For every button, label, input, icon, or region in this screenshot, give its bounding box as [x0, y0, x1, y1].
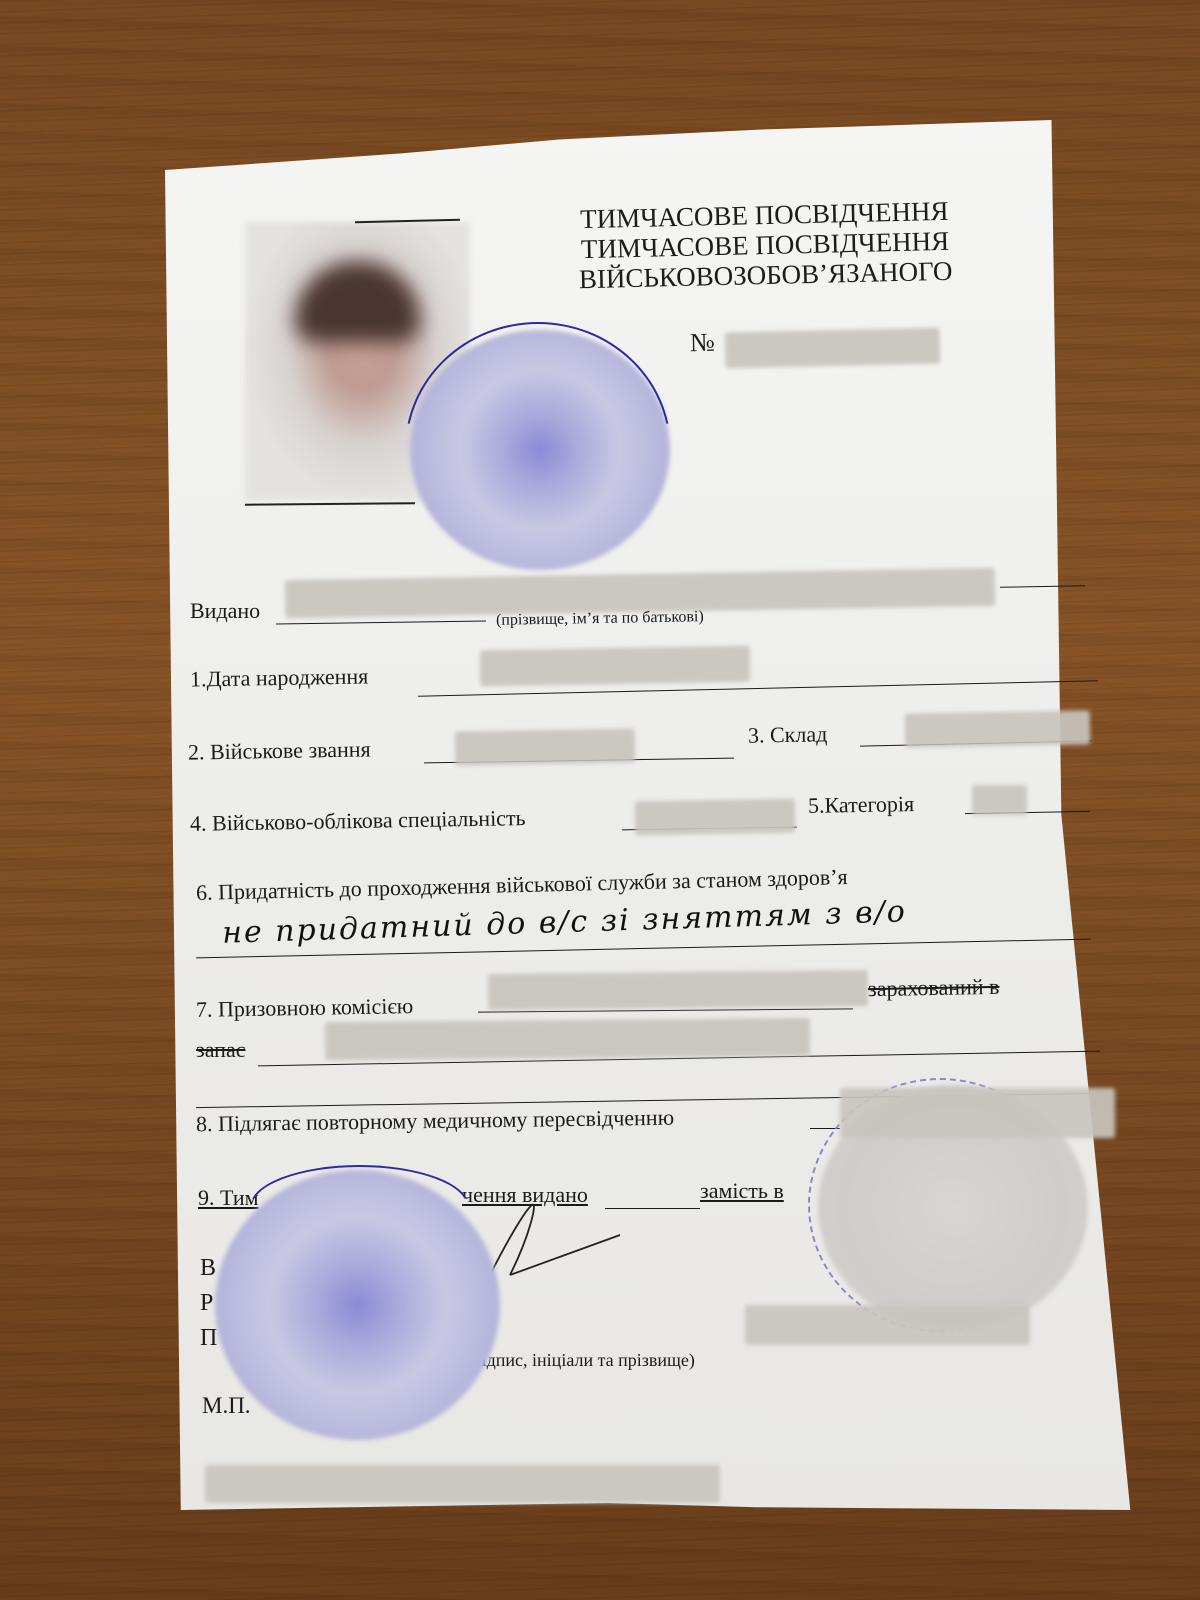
category-label: 5.Категорія: [808, 791, 915, 819]
composition-redacted: [905, 710, 1091, 747]
birth-date-redacted: [480, 646, 751, 687]
birth-date-label: 1.Дата народження: [190, 663, 369, 692]
composition-label: 3. Склад: [748, 721, 828, 748]
document-number: №: [690, 328, 715, 359]
specialty-redacted: [635, 799, 796, 836]
signature-caption: підпис, ініціали та прізвище): [472, 1350, 695, 1371]
document-title: ТИМЧАСОВЕ ПОСВІДЧЕННЯ ТИМЧАСОВЕ ПОСВІДЧЕ…: [529, 195, 1001, 296]
issued-instead-label-end: замість в: [700, 1178, 784, 1204]
issued-instead-label-start: 9. Тим: [198, 1185, 259, 1211]
document-number-redacted: [725, 328, 941, 369]
re-exam-redacted: [840, 1088, 1115, 1138]
seal-label: М.П.: [202, 1393, 251, 1419]
issued-to-label: Видано: [190, 598, 260, 624]
rank-label: 2. Військове звання: [188, 736, 371, 765]
rank-redacted: [455, 728, 636, 765]
signer-name-redacted: [745, 1305, 1030, 1345]
signer-letter: Р: [200, 1290, 213, 1317]
reserve-redacted: [325, 1018, 810, 1060]
signer-letter: П: [200, 1325, 217, 1352]
category-redacted: [972, 785, 1027, 815]
commission-label: 7. Призовною комісією: [196, 993, 414, 1023]
reserve-label-struck: запас: [196, 1037, 245, 1063]
number-sign: №: [690, 328, 715, 358]
issued-to-caption: (прізвище, ім’я та по батькові): [496, 608, 704, 630]
enrolled-label-struck: зарахований в: [868, 974, 1000, 1002]
official-stamp-blurred: [215, 1170, 500, 1440]
commission-redacted: [488, 970, 868, 1010]
bottom-line-redacted: [205, 1465, 720, 1503]
signer-letter: В: [200, 1255, 216, 1282]
